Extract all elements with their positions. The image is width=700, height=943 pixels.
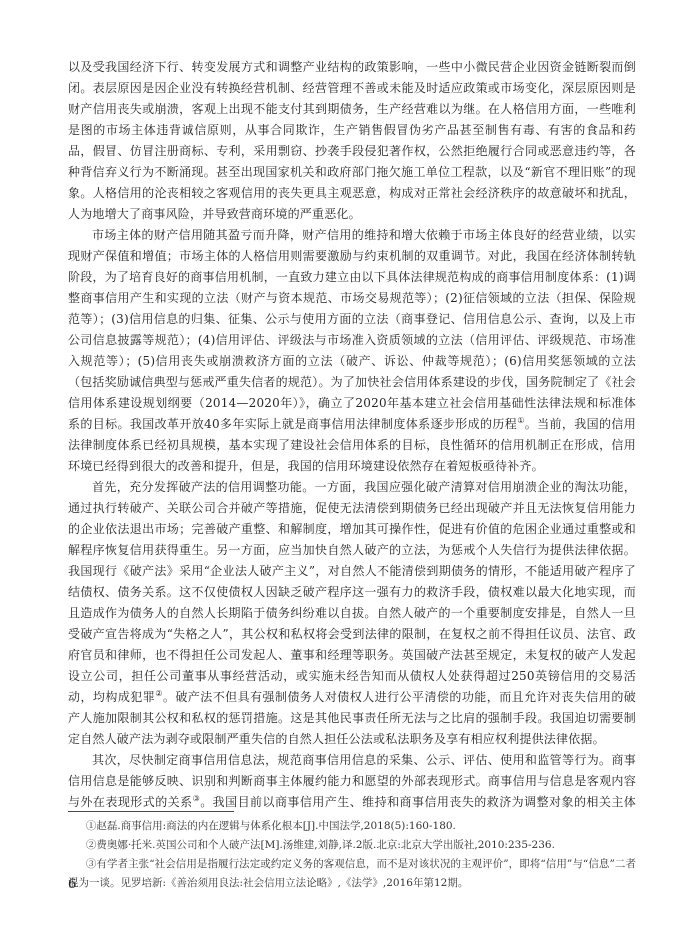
footnote-marker: ①: [517, 416, 525, 425]
footnote-item: ①赵磊.商事信用:商法的内在逻辑与体系化根本[J].中国法学,2018(5):1…: [68, 817, 636, 836]
body-text: 以及受我国经济下行、转变发展方式和调整产业结构的政策影响，一些中小微民营企业因资…: [68, 57, 636, 809]
footnote-separator: [68, 811, 234, 812]
footnote-item: ③有学者主张“社会信用是指履行法定或约定义务的客观信息，而不是对该状况的主观评价…: [68, 855, 636, 893]
footnote-list: ①赵磊.商事信用:商法的内在逻辑与体系化根本[J].中国法学,2018(5):1…: [68, 817, 636, 893]
footnote-marker: ②: [155, 689, 163, 698]
document-page: 以及受我国经济下行、转变发展方式和调整产业结构的政策影响，一些中小微民营企业因资…: [0, 0, 700, 943]
footnote-item: ②费奥娜·托米.英国公司和个人破产法[M].汤维建,刘静,译.2版.北京:北京大…: [68, 836, 636, 855]
body-paragraph: 其次，尽快制定商事信用信息法，规范商事信用信息的采集、公示、评估、使用和监管等行…: [68, 750, 636, 809]
footnote-marker: ③: [193, 794, 201, 803]
footnotes-section: ①赵磊.商事信用:商法的内在逻辑与体系化根本[J].中国法学,2018(5):1…: [68, 811, 636, 893]
body-paragraph: 市场主体的财产信用随其盈亏而升降，财产信用的维持和增大依赖于市场主体良好的经营业…: [68, 225, 636, 477]
body-paragraph: 以及受我国经济下行、转变发展方式和调整产业结构的政策影响，一些中小微民营企业因资…: [68, 57, 636, 225]
body-paragraph: 首先，充分发挥破产法的信用调整功能。一方面，我国应强化破产清算对信用崩溃企业的淘…: [68, 477, 636, 750]
page-number: 6: [68, 877, 76, 892]
